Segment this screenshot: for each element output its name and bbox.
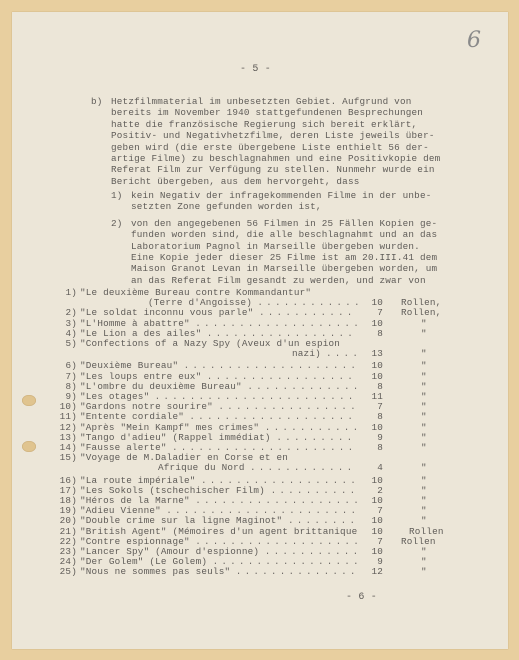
film-title-continued: nazi) (292, 348, 321, 359)
page-footer-number: - 6 - (346, 592, 377, 603)
film-number: 5) (55, 338, 77, 349)
reel-count: 8 (365, 442, 383, 453)
page-header-number: - 5 - (240, 64, 271, 75)
dot-leader: .... (326, 348, 361, 359)
reel-unit: " (421, 442, 427, 453)
paragraph-line: Positiv- und Negativhetzfilme, deren Lis… (111, 130, 435, 141)
point-line: kein Negativ der infragekommenden Filme … (131, 190, 432, 201)
paragraph-line: bereits im November 1940 stattgefundenen… (111, 107, 423, 118)
reel-unit: " (421, 566, 427, 577)
point-line: Laboratorium Pagnol in Marseille übergeb… (131, 241, 420, 252)
paragraph-line: Referat Film zur Verfügung zu stellen. N… (111, 164, 435, 175)
paragraph-label: b) (91, 96, 103, 107)
point-label: 2) (111, 218, 123, 229)
paragraph-line: geben wird (die erste übergebene Liste e… (111, 142, 429, 153)
paragraph-line: artige Filme) zu beschlagnahmen und eine… (111, 153, 440, 164)
reel-count: 8 (365, 328, 383, 339)
film-number: 1) (55, 287, 77, 298)
reel-unit: " (421, 462, 427, 473)
dot-leader: ............ (250, 462, 355, 473)
film-number: 25) (55, 566, 77, 577)
reel-count: 12 (365, 566, 383, 577)
point-line: an das Referat Film gesandt zu werden, u… (131, 275, 426, 286)
point-label: 1) (111, 190, 123, 201)
reel-unit: " (421, 348, 427, 359)
reel-unit: Rollen (401, 536, 436, 547)
point-line: setzten Zone gefunden worden ist, (131, 201, 322, 212)
film-number: 15) (55, 452, 77, 463)
paragraph-line: hatte die französische Regierung sich be… (111, 119, 417, 130)
reel-count: 13 (365, 348, 383, 359)
point-line: von den angegebenen 56 Filmen in 25 Fäll… (131, 218, 437, 229)
paragraph-line: Bericht übergeben, aus dem hervorgeht, d… (111, 176, 360, 187)
point-line: Maison Granot Levan in Marseille übergeb… (131, 263, 437, 274)
punch-hole (22, 395, 36, 406)
paragraph-line: Hetzfilmmaterial im unbesetzten Gebiet. … (111, 96, 412, 107)
film-title: "Nous ne sommes pas seuls" (80, 566, 230, 577)
reel-count: 4 (365, 462, 383, 473)
point-line: Eine Kopie jeder dieser 25 Filme ist am … (131, 252, 437, 263)
handwritten-folio-number: 6 (467, 28, 481, 53)
dot-leader: .............. (236, 566, 359, 577)
point-line: funden worden sind, die alle beschlagnah… (131, 229, 437, 240)
film-title-continued: Afrique du Nord (158, 462, 245, 473)
punch-hole (22, 441, 36, 452)
reel-unit: " (421, 328, 427, 339)
